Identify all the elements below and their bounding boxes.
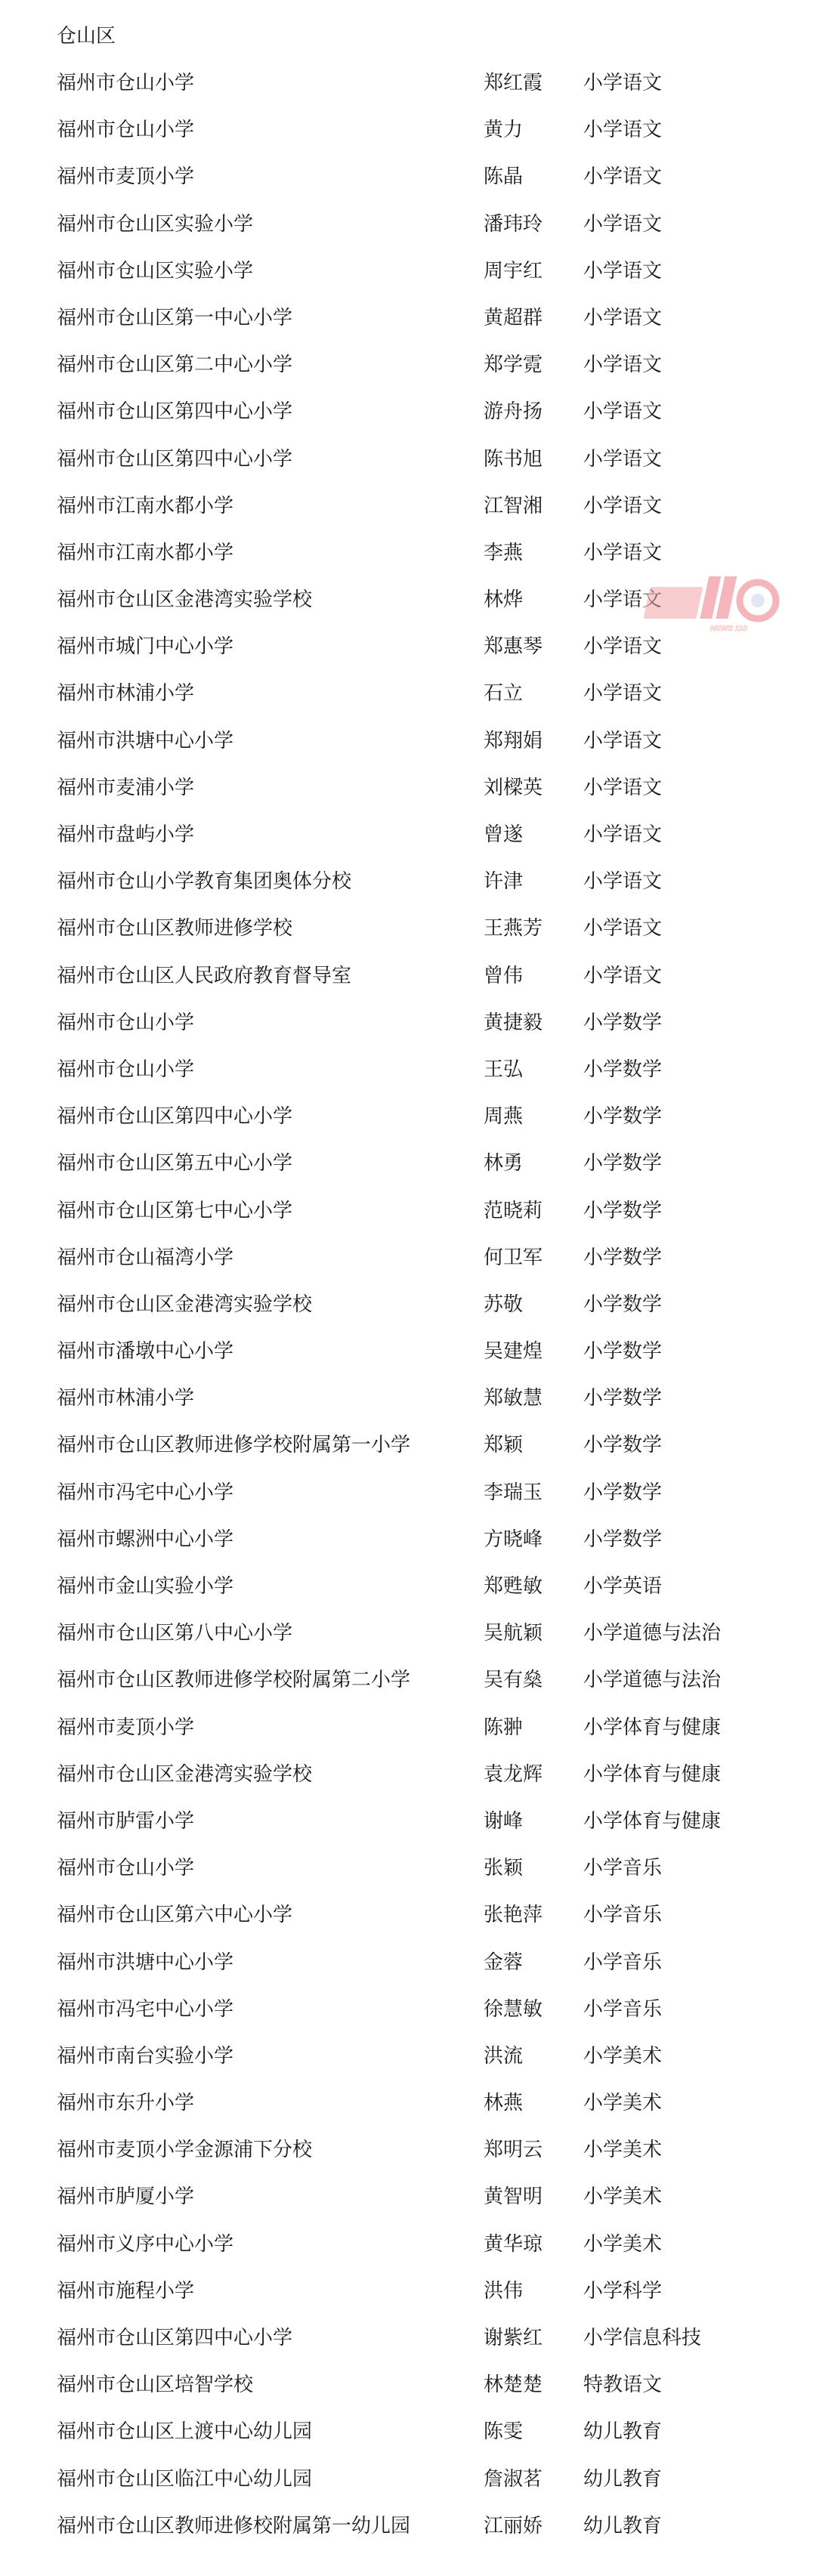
school-name: 福州市仓山区第一中心小学	[57, 301, 292, 335]
teacher-name: 陈翀	[484, 1711, 523, 1744]
subject-name: 小学科学	[583, 2275, 662, 2308]
subject-name: 小学数学	[583, 1382, 662, 1415]
school-name: 福州市仓山区金港湾实验学校	[57, 1758, 312, 1791]
list-row: 福州市仓山区第四中心小学周燕小学数学	[0, 1100, 816, 1147]
subject-name: 小学数学	[583, 1194, 662, 1228]
school-name: 福州市螺洲中心小学	[57, 1523, 233, 1556]
subject-name: 小学美术	[583, 2133, 662, 2167]
district-heading: 仓山区	[57, 21, 116, 51]
list-row: 福州市仓山福湾小学何卫军小学数学	[0, 1241, 816, 1288]
teacher-name: 苏敬	[484, 1288, 523, 1321]
teacher-name: 吴有燊	[484, 1663, 542, 1697]
subject-name: 小学信息科技	[583, 2321, 701, 2355]
teacher-name: 林烨	[484, 583, 523, 616]
subject-name: 小学语文	[583, 818, 662, 851]
school-name: 福州市仓山区第八中心小学	[57, 1617, 292, 1650]
subject-name: 幼儿教育	[583, 2510, 662, 2543]
school-name: 福州市仓山小学	[57, 1053, 194, 1086]
teacher-name: 方晓峰	[484, 1523, 542, 1556]
subject-name: 小学美术	[583, 2040, 662, 2073]
subject-name: 特教语文	[583, 2368, 662, 2401]
school-name: 福州市仓山区人民政府教育督导室	[57, 959, 351, 993]
list-row: 福州市仓山小学郑红霞小学语文	[0, 66, 816, 113]
teacher-name: 周燕	[484, 1100, 523, 1133]
list-row: 福州市仓山区第二中心小学郑学霓小学语文	[0, 348, 816, 395]
list-row: 福州市仓山小学黄力小学语文	[0, 113, 816, 160]
list-row: 福州市林浦小学郑敏慧小学数学	[0, 1382, 816, 1429]
list-row: 福州市南台实验小学洪流小学美术	[0, 2040, 816, 2086]
school-name: 福州市洪塘中心小学	[57, 724, 233, 758]
teacher-name: 郑颖	[484, 1429, 523, 1462]
subject-name: 小学语文	[583, 348, 662, 381]
school-name: 福州市仓山区第四中心小学	[57, 443, 292, 476]
list-row: 福州市仓山区教师进修学校附属第二小学吴有燊小学道德与法治	[0, 1663, 816, 1710]
school-name: 福州市仓山小学	[57, 1006, 194, 1039]
teacher-name: 詹淑茗	[484, 2463, 542, 2496]
school-name: 福州市仓山区第四中心小学	[57, 1100, 292, 1133]
school-name: 福州市麦顶小学	[57, 160, 194, 193]
list-row: 福州市洪塘中心小学郑翔娟小学语文	[0, 724, 816, 771]
teacher-name: 江智湘	[484, 490, 542, 523]
list-row: 福州市江南水都小学江智湘小学语文	[0, 490, 816, 536]
teacher-name: 王燕芳	[484, 912, 542, 945]
list-row: 福州市盘屿小学曾遂小学语文	[0, 818, 816, 865]
subject-name: 小学语文	[583, 912, 662, 945]
school-name: 福州市仓山区金港湾实验学校	[57, 1288, 312, 1321]
teacher-name: 张颖	[484, 1852, 523, 1885]
teacher-name: 刘樑英	[484, 771, 542, 805]
list-row: 福州市东升小学林燕小学美术	[0, 2086, 816, 2133]
teacher-name: 谢紫红	[484, 2321, 542, 2355]
school-name: 福州市仓山区第七中心小学	[57, 1194, 292, 1228]
subject-name: 小学语文	[583, 301, 662, 335]
list-row: 福州市仓山区实验小学潘玮玲小学语文	[0, 208, 816, 255]
teacher-name: 郑甦敏	[484, 1570, 542, 1603]
subject-name: 小学语文	[583, 490, 662, 523]
school-name: 福州市南台实验小学	[57, 2040, 233, 2073]
school-name: 福州市东升小学	[57, 2086, 194, 2120]
list-row: 福州市麦顶小学金源浦下分校郑明云小学美术	[0, 2133, 816, 2180]
subject-name: 小学数学	[583, 1429, 662, 1462]
subject-name: 小学数学	[583, 1053, 662, 1086]
list-row: 福州市仓山区上渡中心幼儿园陈雯幼儿教育	[0, 2415, 816, 2462]
list-row: 福州市仓山区实验小学周宇红小学语文	[0, 255, 816, 301]
teacher-name: 陈书旭	[484, 443, 542, 476]
school-name: 福州市盘屿小学	[57, 818, 194, 851]
subject-name: 小学数学	[583, 1288, 662, 1321]
teacher-name: 黄智明	[484, 2180, 542, 2213]
teacher-name: 范晓莉	[484, 1194, 542, 1228]
subject-name: 小学英语	[583, 1570, 662, 1603]
teacher-name: 黄捷毅	[484, 1006, 542, 1039]
list-row: 福州市仓山小学张颖小学音乐	[0, 1852, 816, 1898]
school-name: 福州市麦顶小学金源浦下分校	[57, 2133, 312, 2167]
subject-name: 小学语文	[583, 66, 662, 100]
subject-name: 小学体育与健康	[583, 1758, 721, 1791]
teacher-name: 郑明云	[484, 2133, 542, 2167]
teacher-name: 石立	[484, 677, 523, 710]
subject-name: 小学音乐	[583, 1993, 662, 2026]
school-name: 福州市胪厦小学	[57, 2180, 194, 2213]
subject-name: 小学数学	[583, 1147, 662, 1180]
teacher-name: 徐慧敏	[484, 1993, 542, 2026]
subject-name: 小学语文	[583, 113, 662, 147]
school-name: 福州市林浦小学	[57, 1382, 194, 1415]
teacher-name: 林勇	[484, 1147, 523, 1180]
school-name: 福州市冯宅中心小学	[57, 1476, 233, 1509]
subject-name: 小学语文	[583, 443, 662, 476]
list-row: 福州市仓山区第一中心小学黄超群小学语文	[0, 301, 816, 348]
list-row: 福州市仓山区金港湾实验学校苏敬小学数学	[0, 1288, 816, 1335]
teacher-name: 何卫军	[484, 1241, 542, 1274]
school-name: 福州市仓山区教师进修学校附属第一小学	[57, 1429, 410, 1462]
teacher-name: 张艳萍	[484, 1898, 542, 1932]
school-name: 福州市仓山区第六中心小学	[57, 1898, 292, 1932]
subject-name: 小学语文	[583, 395, 662, 428]
list-row: 福州市施程小学洪伟小学科学	[0, 2275, 816, 2321]
list-row: 福州市仓山小学教育集团奥体分校许津小学语文	[0, 865, 816, 912]
subject-name: 小学体育与健康	[583, 1711, 721, 1744]
school-name: 福州市洪塘中心小学	[57, 1946, 233, 1979]
subject-name: 幼儿教育	[583, 2415, 662, 2448]
teacher-name: 林燕	[484, 2086, 523, 2120]
school-name: 福州市仓山区实验小学	[57, 255, 253, 288]
teacher-name: 洪伟	[484, 2275, 523, 2308]
school-name: 福州市城门中心小学	[57, 630, 233, 663]
subject-name: 小学语文	[583, 677, 662, 710]
school-name: 福州市仓山区临江中心幼儿园	[57, 2463, 312, 2496]
teacher-name: 江丽娇	[484, 2510, 542, 2543]
list-row: 福州市林浦小学石立小学语文	[0, 677, 816, 724]
teacher-list: 福州市仓山小学郑红霞小学语文福州市仓山小学黄力小学语文福州市麦顶小学陈晶小学语文…	[0, 66, 816, 2556]
school-name: 福州市仓山区教师进修校附属第一幼儿园	[57, 2510, 410, 2543]
school-name: 福州市麦顶小学	[57, 1711, 194, 1744]
list-row: 福州市麦顶小学陈晶小学语文	[0, 160, 816, 207]
list-row: 福州市胪厦小学黄智明小学美术	[0, 2180, 816, 2227]
subject-name: 小学音乐	[583, 1898, 662, 1932]
school-name: 福州市麦浦小学	[57, 771, 194, 805]
subject-name: 小学美术	[583, 2086, 662, 2120]
teacher-name: 吴建煌	[484, 1335, 542, 1368]
school-name: 福州市仓山小学	[57, 66, 194, 100]
teacher-name: 曾遂	[484, 818, 523, 851]
list-row: 福州市仓山区第六中心小学张艳萍小学音乐	[0, 1898, 816, 1945]
school-name: 福州市金山实验小学	[57, 1570, 233, 1603]
school-name: 福州市仓山区金港湾实验学校	[57, 583, 312, 616]
subject-name: 小学数学	[583, 1335, 662, 1368]
teacher-name: 周宇红	[484, 255, 542, 288]
list-row: 福州市仓山区第四中心小学陈书旭小学语文	[0, 443, 816, 490]
school-name: 福州市仓山区教师进修学校	[57, 912, 292, 945]
teacher-name: 洪流	[484, 2040, 523, 2073]
school-name: 福州市冯宅中心小学	[57, 1993, 233, 2026]
school-name: 福州市仓山小学	[57, 113, 194, 147]
subject-name: 小学语文	[583, 255, 662, 288]
school-name: 福州市施程小学	[57, 2275, 194, 2308]
teacher-name: 吴航颖	[484, 1617, 542, 1650]
school-name: 福州市仓山区实验小学	[57, 208, 253, 241]
school-name: 福州市仓山区第二中心小学	[57, 348, 292, 381]
school-name: 福州市江南水都小学	[57, 536, 233, 570]
list-row: 福州市胪雷小学谢峰小学体育与健康	[0, 1805, 816, 1852]
teacher-name: 陈晶	[484, 160, 523, 193]
list-row: 福州市仓山区金港湾实验学校林烨小学语文	[0, 583, 816, 630]
list-row: 福州市仓山区教师进修学校王燕芳小学语文	[0, 912, 816, 959]
list-row: 福州市仓山区第五中心小学林勇小学数学	[0, 1147, 816, 1194]
school-name: 福州市潘墩中心小学	[57, 1335, 233, 1368]
list-row: 福州市仓山区教师进修学校附属第一小学郑颖小学数学	[0, 1429, 816, 1475]
teacher-name: 游舟扬	[484, 395, 542, 428]
list-row: 福州市仓山区临江中心幼儿园詹淑茗幼儿教育	[0, 2463, 816, 2510]
subject-name: 幼儿教育	[583, 2463, 662, 2496]
teacher-name: 郑敏慧	[484, 1382, 542, 1415]
subject-name: 小学语文	[583, 536, 662, 570]
subject-name: 小学语文	[583, 208, 662, 241]
list-row: 福州市麦顶小学陈翀小学体育与健康	[0, 1711, 816, 1758]
subject-name: 小学语文	[583, 583, 662, 616]
teacher-name: 林楚楚	[484, 2368, 542, 2401]
school-name: 福州市仓山小学教育集团奥体分校	[57, 865, 351, 898]
subject-name: 小学语文	[583, 724, 662, 758]
subject-name: 小学语文	[583, 959, 662, 993]
list-row: 福州市洪塘中心小学金蓉小学音乐	[0, 1946, 816, 1993]
list-row: 福州市仓山区第七中心小学范晓莉小学数学	[0, 1194, 816, 1241]
list-row: 福州市冯宅中心小学徐慧敏小学音乐	[0, 1993, 816, 2040]
list-row: 福州市仓山区第四中心小学谢紫红小学信息科技	[0, 2321, 816, 2368]
teacher-name: 李燕	[484, 536, 523, 570]
list-row: 福州市潘墩中心小学吴建煌小学数学	[0, 1335, 816, 1382]
list-row: 福州市仓山区人民政府教育督导室曾伟小学语文	[0, 959, 816, 1006]
list-row: 福州市仓山区教师进修校附属第一幼儿园江丽娇幼儿教育	[0, 2510, 816, 2556]
teacher-name: 郑学霓	[484, 348, 542, 381]
list-row: 福州市仓山区第四中心小学游舟扬小学语文	[0, 395, 816, 442]
school-name: 福州市仓山区教师进修学校附属第二小学	[57, 1663, 410, 1697]
school-name: 福州市江南水都小学	[57, 490, 233, 523]
subject-name: 小学数学	[583, 1523, 662, 1556]
list-row: 福州市仓山区金港湾实验学校袁龙辉小学体育与健康	[0, 1758, 816, 1805]
subject-name: 小学语文	[583, 160, 662, 193]
teacher-name: 郑红霞	[484, 66, 542, 100]
school-name: 福州市仓山福湾小学	[57, 1241, 233, 1274]
subject-name: 小学音乐	[583, 1852, 662, 1885]
teacher-name: 谢峰	[484, 1805, 523, 1838]
school-name: 福州市仓山区第四中心小学	[57, 395, 292, 428]
list-row: 福州市义序中心小学黄华琼小学美术	[0, 2228, 816, 2275]
school-name: 福州市林浦小学	[57, 677, 194, 710]
list-row: 福州市金山实验小学郑甦敏小学英语	[0, 1570, 816, 1617]
school-name: 福州市仓山区第五中心小学	[57, 1147, 292, 1180]
list-row: 福州市仓山区第八中心小学吴航颖小学道德与法治	[0, 1617, 816, 1663]
school-name: 福州市义序中心小学	[57, 2228, 233, 2261]
subject-name: 小学道德与法治	[583, 1617, 721, 1650]
teacher-name: 金蓉	[484, 1946, 523, 1979]
subject-name: 小学数学	[583, 1476, 662, 1509]
subject-name: 小学语文	[583, 771, 662, 805]
list-row: 福州市麦浦小学刘樑英小学语文	[0, 771, 816, 818]
list-row: 福州市仓山小学黄捷毅小学数学	[0, 1006, 816, 1053]
subject-name: 小学语文	[583, 630, 662, 663]
list-row: 福州市冯宅中心小学李瑞玉小学数学	[0, 1476, 816, 1523]
teacher-name: 曾伟	[484, 959, 523, 993]
teacher-name: 黄超群	[484, 301, 542, 335]
list-row: 福州市仓山区培智学校林楚楚特教语文	[0, 2368, 816, 2415]
school-name: 福州市胪雷小学	[57, 1805, 194, 1838]
school-name: 福州市仓山区第四中心小学	[57, 2321, 292, 2355]
list-row: 福州市城门中心小学郑惠琴小学语文	[0, 630, 816, 677]
subject-name: 小学音乐	[583, 1946, 662, 1979]
teacher-name: 袁龙辉	[484, 1758, 542, 1791]
teacher-name: 许津	[484, 865, 523, 898]
school-name: 福州市仓山区上渡中心幼儿园	[57, 2415, 312, 2448]
teacher-name: 李瑞玉	[484, 1476, 542, 1509]
subject-name: 小学道德与法治	[583, 1663, 721, 1697]
school-name: 福州市仓山小学	[57, 1852, 194, 1885]
subject-name: 小学数学	[583, 1100, 662, 1133]
school-name: 福州市仓山区培智学校	[57, 2368, 253, 2401]
subject-name: 小学美术	[583, 2180, 662, 2213]
teacher-name: 郑惠琴	[484, 630, 542, 663]
subject-name: 小学语文	[583, 865, 662, 898]
subject-name: 小学体育与健康	[583, 1805, 721, 1838]
teacher-name: 黄华琼	[484, 2228, 542, 2261]
list-row: 福州市螺洲中心小学方晓峰小学数学	[0, 1523, 816, 1570]
teacher-name: 郑翔娟	[484, 724, 542, 758]
list-row: 福州市仓山小学王弘小学数学	[0, 1053, 816, 1100]
subject-name: 小学数学	[583, 1006, 662, 1039]
subject-name: 小学数学	[583, 1241, 662, 1274]
list-row: 福州市江南水都小学李燕小学语文	[0, 536, 816, 583]
teacher-name: 王弘	[484, 1053, 523, 1086]
teacher-name: 潘玮玲	[484, 208, 542, 241]
teacher-name: 黄力	[484, 113, 523, 147]
teacher-name: 陈雯	[484, 2415, 523, 2448]
subject-name: 小学美术	[583, 2228, 662, 2261]
